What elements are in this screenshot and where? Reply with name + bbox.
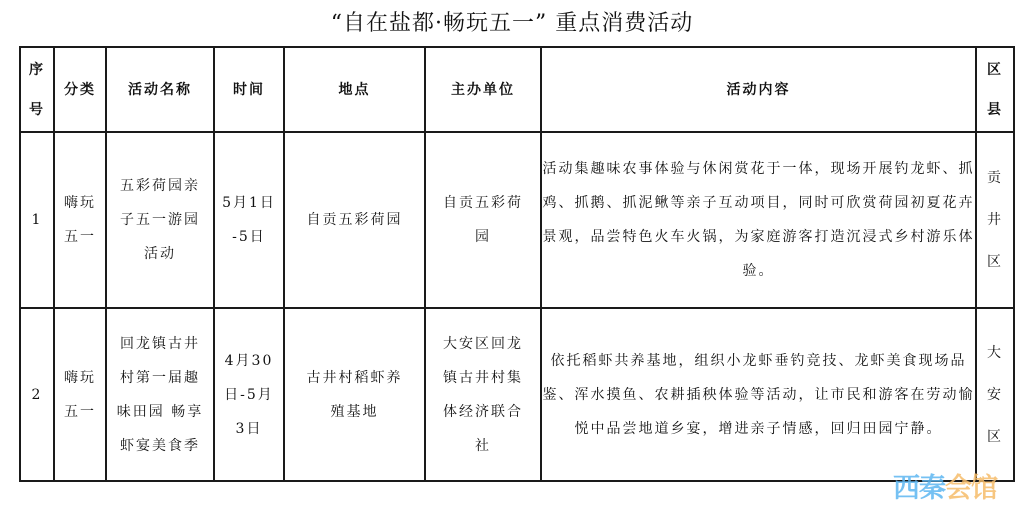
cell-category: 嗨玩 五一 xyxy=(54,308,106,481)
cell-index: 2 xyxy=(20,308,54,481)
table-row: 2 嗨玩 五一 回龙镇古井 村第一届趣 味田园 畅享 虾宴美食季 4月30 日-… xyxy=(20,308,1014,481)
row-organizer: 大安区回龙 镇古井村集 体经济联合 社 xyxy=(443,327,523,463)
row-location: 自贡五彩荷园 xyxy=(307,203,403,237)
row-organizer: 自贡五彩荷 园 xyxy=(443,186,523,254)
header-category-label: 分类 xyxy=(64,82,96,98)
row-content: 活动集趣味农事体验与休闲赏花于一体，现场开展钓龙虾、抓鸡、抓鹅、抓泥鳅等亲子互动… xyxy=(543,161,975,279)
row-category: 嗨玩 五一 xyxy=(64,186,96,254)
row-activity-name: 五彩荷园亲 子五一游园 活动 xyxy=(120,169,200,271)
header-location: 地点 xyxy=(284,47,425,132)
row-activity-name: 回龙镇古井 村第一届趣 味田园 畅享 虾宴美食季 xyxy=(117,327,203,463)
header-location-label: 地点 xyxy=(339,82,371,98)
cell-index: 1 xyxy=(20,132,54,308)
header-content-label: 活动内容 xyxy=(727,82,791,98)
table-row: 1 嗨玩 五一 五彩荷园亲 子五一游园 活动 5月1日 -5日 自贡五彩荷园 自… xyxy=(20,132,1014,308)
watermark-logo: 西秦会馆 xyxy=(893,466,997,505)
row-category: 嗨玩 五一 xyxy=(64,361,96,429)
cell-location: 自贡五彩荷园 xyxy=(284,132,425,308)
header-time: 时间 xyxy=(214,47,284,132)
cell-organizer: 自贡五彩荷 园 xyxy=(425,132,541,308)
cell-content: 活动集趣味农事体验与休闲赏花于一体，现场开展钓龙虾、抓鸡、抓鹅、抓泥鳅等亲子互动… xyxy=(541,132,976,308)
cell-district: 大 安 区 xyxy=(976,308,1014,481)
row-content: 依托稻虾共养基地，组织小龙虾垂钓竞技、龙虾美食现场品鉴、浑水摸鱼、农耕插秧体验等… xyxy=(543,353,975,437)
watermark-text-orange: 会馆 xyxy=(945,473,997,504)
row-district: 贡 井 区 xyxy=(987,157,1003,283)
header-content: 活动内容 xyxy=(541,47,976,132)
watermark-text-blue: 西秦 xyxy=(893,473,945,504)
header-name: 活动名称 xyxy=(106,47,214,132)
row-location: 古井村稻虾养 殖基地 xyxy=(307,361,403,429)
cell-district: 贡 井 区 xyxy=(976,132,1014,308)
header-organizer: 主办单位 xyxy=(425,47,541,132)
cell-time: 5月1日 -5日 xyxy=(214,132,284,308)
header-index: 序 号 xyxy=(20,47,54,132)
row-time: 4月30 日-5月 3日 xyxy=(224,344,274,446)
cell-location: 古井村稻虾养 殖基地 xyxy=(284,308,425,481)
cell-name: 回龙镇古井 村第一届趣 味田园 畅享 虾宴美食季 xyxy=(106,308,214,481)
header-index-label: 序 号 xyxy=(29,50,45,130)
row-index: 2 xyxy=(32,378,43,412)
activities-table: 序 号 分类 活动名称 时间 地点 主办单位 活动内容 区 县 1 嗨玩 五一 … xyxy=(19,46,1015,482)
cell-time: 4月30 日-5月 3日 xyxy=(214,308,284,481)
row-district: 大 安 区 xyxy=(987,332,1003,458)
header-district: 区 县 xyxy=(976,47,1014,132)
document-title: “自在盐都·畅玩五一” 重点消费活动 xyxy=(0,6,1024,37)
header-time-label: 时间 xyxy=(233,82,265,98)
cell-name: 五彩荷园亲 子五一游园 活动 xyxy=(106,132,214,308)
header-category: 分类 xyxy=(54,47,106,132)
row-index: 1 xyxy=(32,203,43,237)
row-time: 5月1日 -5日 xyxy=(222,186,276,254)
table-header-row: 序 号 分类 活动名称 时间 地点 主办单位 活动内容 区 县 xyxy=(20,47,1014,132)
header-name-label: 活动名称 xyxy=(128,82,192,98)
header-district-label: 区 县 xyxy=(987,50,1003,130)
header-organizer-label: 主办单位 xyxy=(451,82,515,98)
cell-content: 依托稻虾共养基地，组织小龙虾垂钓竞技、龙虾美食现场品鉴、浑水摸鱼、农耕插秧体验等… xyxy=(541,308,976,481)
cell-category: 嗨玩 五一 xyxy=(54,132,106,308)
cell-organizer: 大安区回龙 镇古井村集 体经济联合 社 xyxy=(425,308,541,481)
